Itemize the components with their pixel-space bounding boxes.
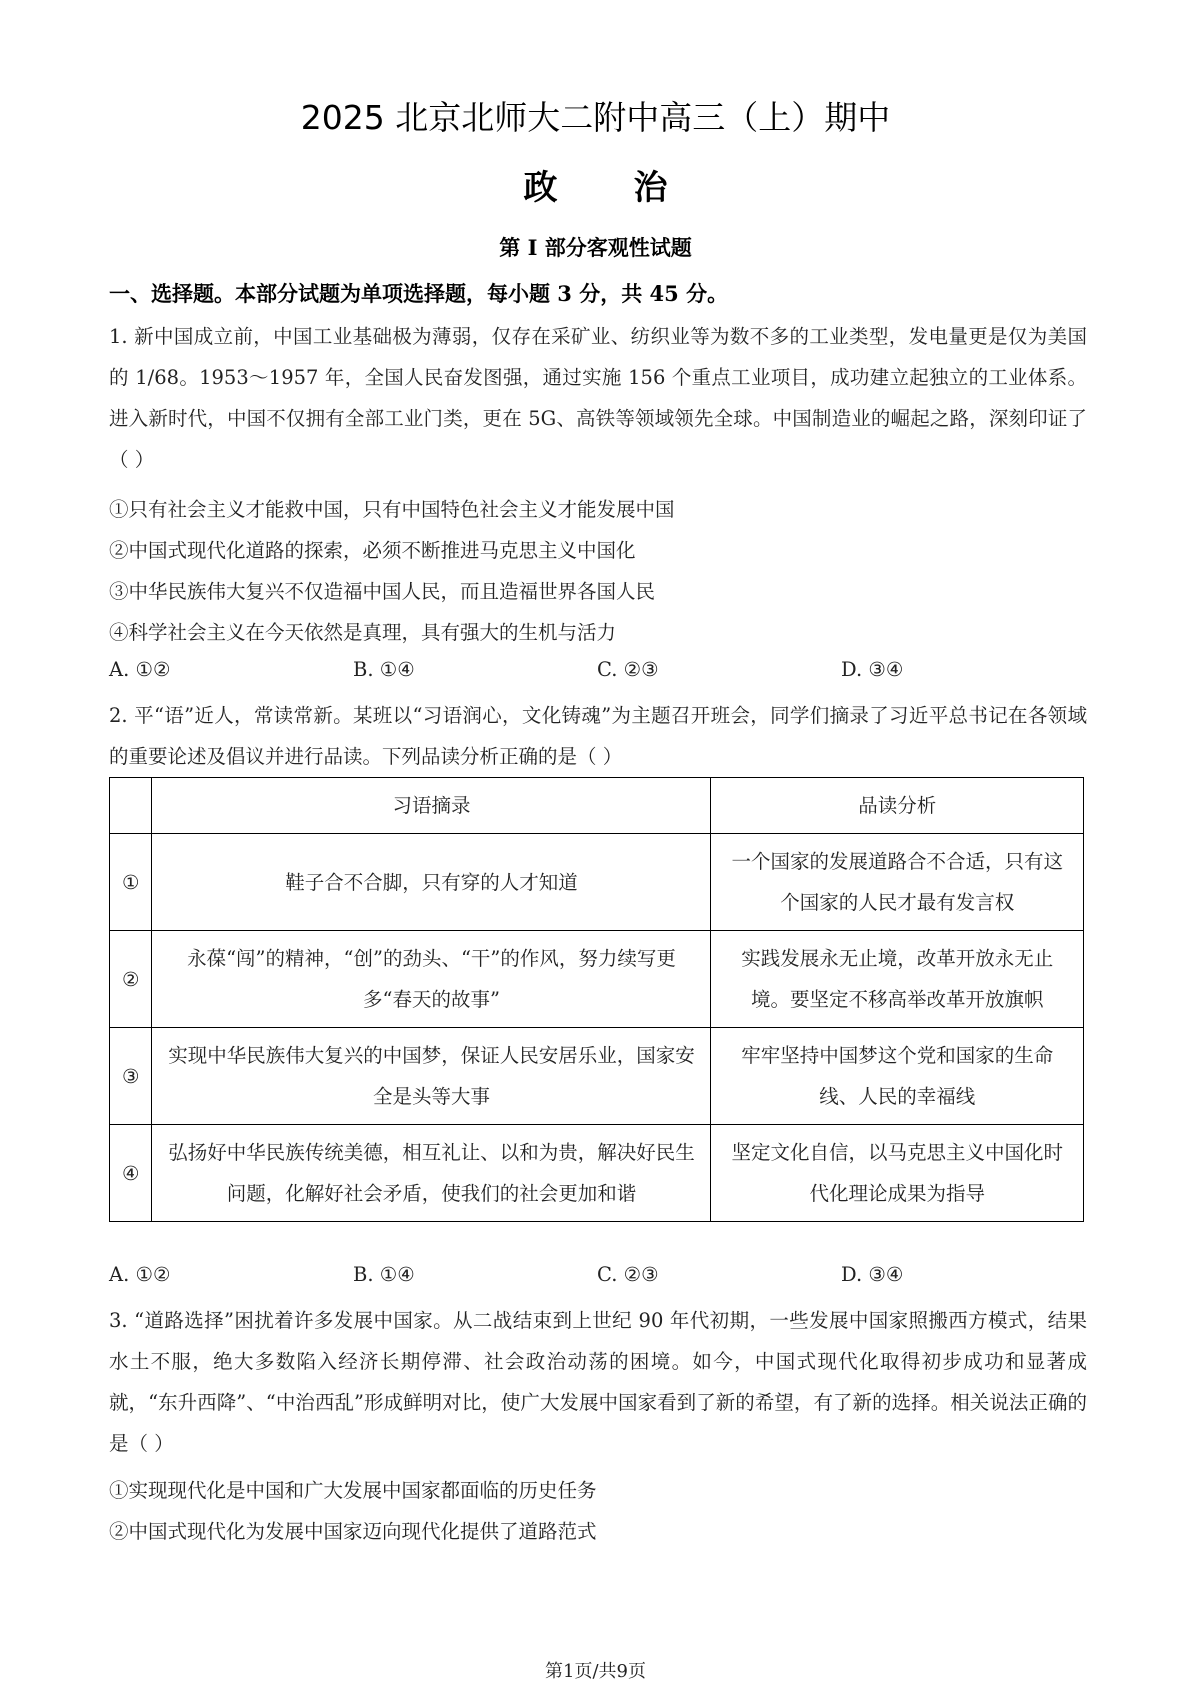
subject-char-1: 政	[524, 160, 558, 209]
row-analysis: 一个国家的发展道路合不合适，只有这个国家的人民才最有发言权	[711, 834, 1084, 931]
question-1-stem: 1. 新中国成立前，中国工业基础极为薄弱，仅存在采矿业、纺织业等为数不多的工业类…	[109, 316, 1087, 480]
page-indicator: 第1页/共9页	[0, 1657, 1191, 1683]
row-num: ③	[110, 1028, 152, 1125]
table-header-analysis: 品读分析	[711, 778, 1084, 834]
q2-option-d[interactable]: D. ③④	[841, 1263, 903, 1286]
q2-option-b[interactable]: B. ①④	[353, 1263, 415, 1286]
table-header-row: 习语摘录 品读分析	[110, 778, 1084, 834]
row-quote: 实现中华民族伟大复兴的中国梦，保证人民安居乐业，国家安全是头等大事	[152, 1028, 711, 1125]
row-quote: 永葆“闯”的精神，“创”的劲头、“干”的作风，努力续写更多“春天的故事”	[152, 931, 711, 1028]
q1-option-d[interactable]: D. ③④	[841, 658, 903, 681]
table-row: ② 永葆“闯”的精神，“创”的劲头、“干”的作风，努力续写更多“春天的故事” 实…	[110, 931, 1084, 1028]
row-analysis: 坚定文化自信，以马克思主义中国化时代化理论成果为指导	[711, 1125, 1084, 1222]
subject-title: 政治	[0, 160, 1191, 209]
table-row: ③ 实现中华民族伟大复兴的中国梦，保证人民安居乐业，国家安全是头等大事 牢牢坚持…	[110, 1028, 1084, 1125]
row-analysis: 实践发展永无止境，改革开放永无止境。要坚定不移高举改革开放旗帜	[711, 931, 1084, 1028]
exam-title: 2025 北京北师大二附中高三（上）期中	[0, 92, 1191, 139]
table-row: ① 鞋子合不合脚，只有穿的人才知道 一个国家的发展道路合不合适，只有这个国家的人…	[110, 834, 1084, 931]
q1-statement-3: ③中华民族伟大复兴不仅造福中国人民，而且造福世界各国人民	[109, 576, 655, 604]
row-num: ②	[110, 931, 152, 1028]
question-2-stem: 2. 平“语”近人，常读常新。某班以“习语润心，文化铸魂”为主题召开班会，同学们…	[109, 695, 1087, 777]
q2-option-c[interactable]: C. ②③	[597, 1263, 659, 1286]
q3-statement-2: ②中国式现代化为发展中国家迈向现代化提供了道路范式	[109, 1516, 597, 1544]
table-header-quote: 习语摘录	[152, 778, 711, 834]
question-3-stem: 3. “道路选择”困扰着许多发展中国家。从二战结束到上世纪 90 年代初期，一些…	[109, 1300, 1087, 1464]
q1-statement-4: ④科学社会主义在今天依然是真理，具有强大的生机与活力	[109, 617, 616, 645]
subject-char-2: 治	[634, 160, 668, 209]
q1-option-b[interactable]: B. ①④	[353, 658, 415, 681]
q1-statement-1: ①只有社会主义才能救中国，只有中国特色社会主义才能发展中国	[109, 494, 675, 522]
row-num: ④	[110, 1125, 152, 1222]
q2-option-a[interactable]: A. ①②	[109, 1263, 170, 1286]
q1-option-c[interactable]: C. ②③	[597, 658, 659, 681]
row-quote: 弘扬好中华民族传统美德，相互礼让、以和为贵，解决好民生问题，化解好社会矛盾，使我…	[152, 1125, 711, 1222]
table-row: ④ 弘扬好中华民族传统美德，相互礼让、以和为贵，解决好民生问题，化解好社会矛盾，…	[110, 1125, 1084, 1222]
q3-statement-1: ①实现现代化是中国和广大发展中国家都面临的历史任务	[109, 1475, 597, 1503]
table-header-num	[110, 778, 152, 834]
row-num: ①	[110, 834, 152, 931]
part-title: 第 I 部分客观性试题	[0, 232, 1191, 262]
quote-analysis-table: 习语摘录 品读分析 ① 鞋子合不合脚，只有穿的人才知道 一个国家的发展道路合不合…	[109, 777, 1084, 1222]
section-title: 一、选择题。本部分试题为单项选择题，每小题 3 分，共 45 分。	[109, 278, 728, 308]
row-analysis: 牢牢坚持中国梦这个党和国家的生命线、人民的幸福线	[711, 1028, 1084, 1125]
q1-option-a[interactable]: A. ①②	[109, 658, 170, 681]
row-quote: 鞋子合不合脚，只有穿的人才知道	[152, 834, 711, 931]
q1-statement-2: ②中国式现代化道路的探索，必须不断推进马克思主义中国化	[109, 535, 636, 563]
